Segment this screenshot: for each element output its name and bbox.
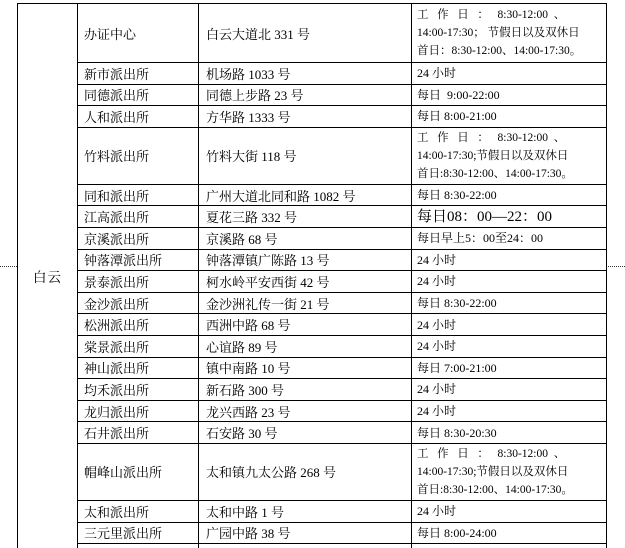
station-name-cell: 棠景派出所 [78,335,199,357]
table-row: 人和派出所 方华路 1333 号 每日 8:00-21:00 [18,106,607,128]
hours-cell: 每日 8:00-21:00 [412,106,607,128]
table-row: 石井派出所 石安路 30 号 每日 8:30-20:30 [18,422,607,444]
address-cell: 金沙洲礼传一街 21 号 [199,292,412,314]
table-row: 均禾派出所 新石路 300 号 24 小时 [18,379,607,401]
address-cell: 心谊路 89 号 [199,335,412,357]
table-row: 太和派出所 太和中路 1 号 24 小时 [18,500,607,522]
address-cell: 广园中路 38 号 [199,522,412,544]
address-cell: 机场路 1033 号 [199,63,412,85]
hours-cell: 每日 9:00-22:00 [412,84,607,106]
table-row: 三元里派出所 广园中路 38 号 每日 8:00-24:00 [18,522,607,544]
address-cell: 太和中路 1 号 [199,500,412,522]
table-row: 棠景派出所 心谊路 89 号 24 小时 [18,335,607,357]
hours-cell: 每日08：00—22：00 [412,206,607,228]
address-cell: 龙兴西路 23 号 [199,400,412,422]
hours-cell: 24 小时 [412,500,607,522]
station-name-cell: 均禾派出所 [78,379,199,401]
address-cell: 竹料大街 118 号 [199,127,412,184]
address-cell: 白云大道北 331 号 [199,4,412,63]
hours-cell: 工 作 日 ： 8:30-12:00 、 14:00-17:30； 节假日以及双… [412,4,607,63]
hours-cell: 24 小时 [412,379,607,401]
hours-cell: 工 作 日 ： 8:30-12:00 、 14:00-17:30;节假日以及双休… [412,443,607,500]
address-cell: 钟落潭镇广陈路 13 号 [199,249,412,271]
address-cell: 方华路 1333 号 [199,106,412,128]
address-cell: 柯水岭平安西街 42 号 [199,271,412,293]
table-row: 景泰派出所 柯水岭平安西街 42 号 24 小时 [18,271,607,293]
station-name-cell: 京溪派出所 [78,227,199,249]
station-name-cell: 石井派出所 [78,422,199,444]
station-name-cell: 景泰派出所 [78,271,199,293]
table-row: 松洲派出所 西洲中路 68 号 24 小时 [18,314,607,336]
table-row: 龙归派出所 龙兴西路 23 号 24 小时 [18,400,607,422]
table-row: 竹料派出所 竹料大街 118 号 工 作 日 ： 8:30-12:00 、 14… [18,127,607,184]
station-name-cell: 龙归派出所 [78,400,199,422]
table-row: 金沙派出所 金沙洲礼传一街 21 号 每日 8:30-22:00 [18,292,607,314]
hours-cell: 24 小时 [412,314,607,336]
hours-cell: 24 小时 [412,249,607,271]
hours-cell: 每日 7:00-21:00 [412,357,607,379]
address-cell: 西洲中路 68 号 [199,314,412,336]
station-name-cell: 江高派出所 [78,206,199,228]
station-name-cell: 新市派出所 [78,63,199,85]
station-name-cell: 三元里派出所 [78,522,199,544]
hours-cell: 24 小时 [412,63,607,85]
table-continuation-dots-right [606,266,625,267]
table-continuation-dots-left [0,266,17,267]
station-name-cell: 金沙派出所 [78,292,199,314]
station-name-cell: 竹料派出所 [78,127,199,184]
address-cell: 夏花三路 332 号 [199,206,412,228]
hours-cell: 每日 8:30-20:30 [412,422,607,444]
station-name-cell-stub [78,544,199,548]
table-row: 京溪派出所 京溪路 68 号 每日早上5：00至24：00 [18,227,607,249]
table-row: 新市派出所 机场路 1033 号 24 小时 [18,63,607,85]
hours-cell: 工 作 日 ： 8:30-12:00 、 14:00-17:30;节假日以及双休… [412,127,607,184]
address-cell: 京溪路 68 号 [199,227,412,249]
table-row: 白云 办证中心 白云大道北 331 号 工 作 日 ： 8:30-12:00 、… [18,4,607,63]
address-cell: 石安路 30 号 [199,422,412,444]
hours-cell: 24 小时 [412,335,607,357]
table-row: 帽峰山派出所 太和镇九太公路 268 号 工 作 日 ： 8:30-12:00 … [18,443,607,500]
table-row: 同德派出所 同德上步路 23 号 每日 9:00-22:00 [18,84,607,106]
hours-cell: 每日早上5：00至24：00 [412,227,607,249]
police-stations-table: 白云 办证中心 白云大道北 331 号 工 作 日 ： 8:30-12:00 、… [17,3,607,548]
district-cell: 白云 [18,4,78,548]
hours-cell: 24 小时 [412,271,607,293]
address-cell-stub [199,544,412,548]
hours-cell: 每日 8:30-22:00 [412,184,607,206]
table-row: 神山派出所 镇中南路 10 号 每日 7:00-21:00 [18,357,607,379]
address-cell: 广州大道北同和路 1082 号 [199,184,412,206]
station-name-cell: 人和派出所 [78,106,199,128]
table-row: 钟落潭派出所 钟落潭镇广陈路 13 号 24 小时 [18,249,607,271]
station-name-cell: 松洲派出所 [78,314,199,336]
station-name-cell: 神山派出所 [78,357,199,379]
station-name-cell: 办证中心 [78,4,199,63]
table-row: 同和派出所 广州大道北同和路 1082 号 每日 8:30-22:00 [18,184,607,206]
hours-cell-stub [412,544,607,548]
station-name-cell: 太和派出所 [78,500,199,522]
table-row-continuation [18,544,607,548]
table-row: 江高派出所 夏花三路 332 号 每日08：00—22：00 [18,206,607,228]
station-name-cell: 同德派出所 [78,84,199,106]
station-name-cell: 同和派出所 [78,184,199,206]
document-page: 白云 办证中心 白云大道北 331 号 工 作 日 ： 8:30-12:00 、… [0,0,625,548]
address-cell: 太和镇九太公路 268 号 [199,443,412,500]
station-name-cell: 钟落潭派出所 [78,249,199,271]
station-name-cell: 帽峰山派出所 [78,443,199,500]
hours-cell: 每日 8:30-22:00 [412,292,607,314]
address-cell: 新石路 300 号 [199,379,412,401]
hours-cell: 24 小时 [412,400,607,422]
address-cell: 镇中南路 10 号 [199,357,412,379]
hours-cell: 每日 8:00-24:00 [412,522,607,544]
address-cell: 同德上步路 23 号 [199,84,412,106]
